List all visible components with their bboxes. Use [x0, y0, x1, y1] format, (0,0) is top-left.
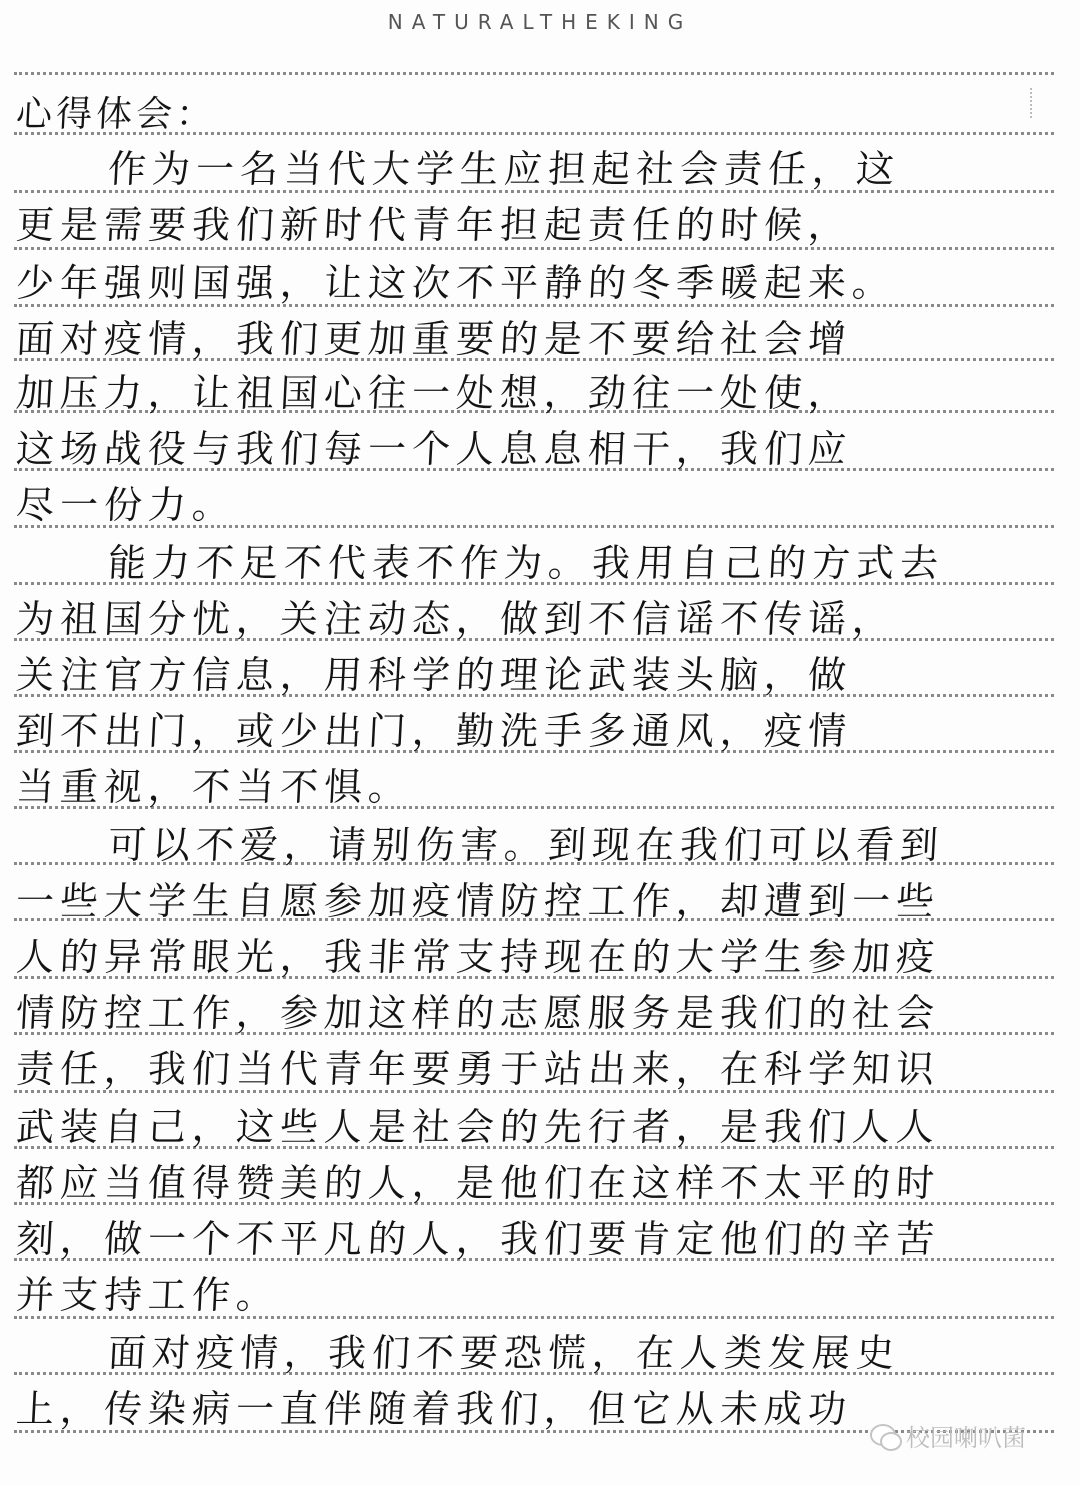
text-line: 更是需要我们新时代青年担起责任的时候， [15, 202, 1048, 252]
text-line: 面对疫情，我们不要恐慌，在人类发展史 [15, 1330, 1080, 1380]
text-line: 责任，我们当代青年要勇于站出来，在科学知识 [15, 1046, 1048, 1096]
text-line: 当重视，不当不惧。 [15, 764, 1048, 814]
text-line: 少年强则国强，让这次不平静的冬季暖起来。 [15, 260, 1048, 310]
text-line: 关注官方信息，用科学的理论武装头脑，做 [15, 652, 1048, 702]
text-line: 能力不足不代表不作为。我用自己的方式去 [15, 540, 1080, 590]
ruled-line [14, 72, 1054, 75]
text-line: 并支持工作。 [15, 1272, 1048, 1322]
text-line: 面对疫情，我们更加重要的是不要给社会增 [15, 316, 1048, 366]
watermark-text: 校园喇叭菌 [906, 1418, 1026, 1453]
notebook-brand: NATURALTHEKING [0, 10, 1080, 34]
text-line: 情防控工作，参加这样的志愿服务是我们的社会 [15, 990, 1048, 1040]
text-line: 武装自己，这些人是社会的先行者，是我们人人 [15, 1104, 1048, 1154]
text-line: 作为一名当代大学生应担起社会责任，这 [15, 146, 1080, 196]
text-line: 人的异常眼光，我非常支持现在的大学生参加疫 [15, 934, 1048, 984]
wechat-icon [870, 1424, 900, 1448]
text-line: 到不出门，或少出门，勤洗手多通风，疫情 [15, 708, 1048, 758]
text-line: 一些大学生自愿参加疫情防控工作，却遭到一些 [15, 878, 1048, 928]
text-line: 加压力，让祖国心往一处想，劲往一处使， [15, 370, 1048, 420]
text-line: 为祖国分忧，关注动态，做到不信谣不传谣， [15, 596, 1048, 646]
notebook-page: NATURALTHEKING 心得体会： 作为一名当代大学生应担起社会责任，这 … [0, 0, 1080, 1485]
text-line: 都应当值得赞美的人，是他们在这样不太平的时 [15, 1160, 1048, 1210]
text-line: 尽一份力。 [15, 482, 1048, 532]
text-line: 可以不爱，请别伤害。到现在我们可以看到 [15, 822, 1080, 872]
essay-title: 心得体会： [15, 92, 1048, 142]
text-line: 这场战役与我们每一个人息息相干，我们应 [15, 426, 1048, 476]
text-line: 刻，做一个不平凡的人，我们要肯定他们的辛苦 [15, 1216, 1048, 1266]
source-watermark: 校园喇叭菌 [870, 1418, 1026, 1453]
